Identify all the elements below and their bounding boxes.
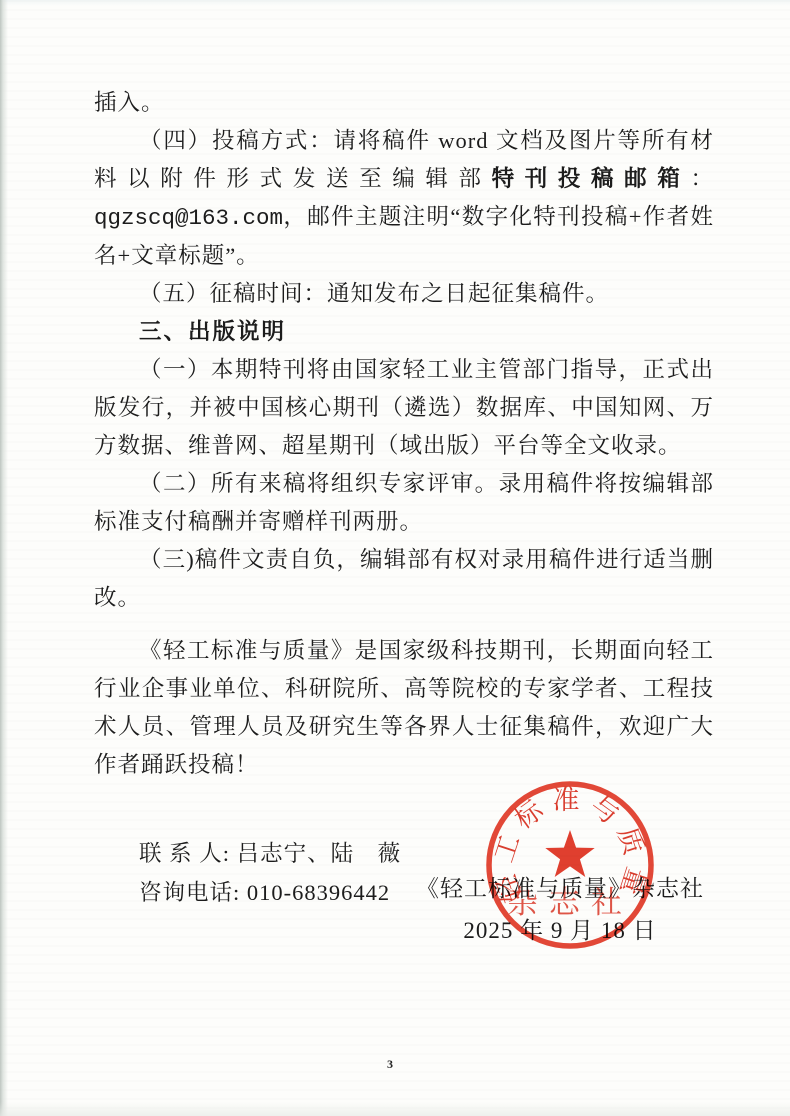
text-run: 特刊投稿邮箱 (492, 166, 691, 191)
scan-edge-bottom (0, 1102, 790, 1116)
text-run: （三)稿件文责自负，编辑部有权对录用稿件进行适当删改。 (94, 547, 714, 610)
para-pub-3: （三)稿件文责自负，编辑部有权对录用稿件进行适当删改。 (94, 541, 714, 617)
heading-publication-notes: 三、出版说明 (94, 313, 714, 351)
text-run: （一）本期特刊将由国家轻工业主管部门指导，正式出版发行，并被中国核心期刊（遴选）… (94, 357, 714, 458)
text-run: 《轻工标准与质量》是国家级科技期刊，长期面向轻工行业企事业单位、科研院所、高等院… (94, 638, 714, 777)
text-run: （二）所有来稿将组织专家评审。录用稿件将按编辑部标准支付稿酬并寄赠样刊两册。 (94, 471, 714, 534)
para-item-5: （五）征稿时间：通知发布之日起征集稿件。 (94, 275, 714, 313)
signature-organization: 《轻工标准与质量》杂志社 (400, 868, 720, 910)
para-continuation: 插入。 (94, 84, 714, 122)
page-number: 3 (0, 1057, 780, 1072)
signature-date: 2025 年 9 月 18 日 (400, 910, 720, 952)
para-item-4: （四）投稿方式：请将稿件 word 文档及图片等所有材料以附件形式发送至编辑部特… (94, 122, 714, 275)
para-closing: 《轻工标准与质量》是国家级科技期刊，长期面向轻工行业企事业单位、科研院所、高等院… (94, 632, 714, 784)
document-body: 插入。（四）投稿方式：请将稿件 word 文档及图片等所有材料以附件形式发送至编… (94, 84, 714, 912)
document-page: { "body": { "paragraphs": [ { "name": "p… (0, 0, 790, 1116)
text-run: 插入。 (94, 90, 165, 115)
text-run: 三、出版说明 (139, 319, 286, 344)
text-run: ： (690, 166, 714, 191)
scan-edge-left (0, 0, 8, 1116)
signature-block: 《轻工标准与质量》杂志社 2025 年 9 月 18 日 (400, 868, 720, 952)
paragraph-list: 插入。（四）投稿方式：请将稿件 word 文档及图片等所有材料以附件形式发送至编… (94, 84, 714, 784)
text-run: （五）征稿时间：通知发布之日起征集稿件。 (139, 281, 609, 306)
para-pub-1: （一）本期特刊将由国家轻工业主管部门指导，正式出版发行，并被中国核心期刊（遴选）… (94, 351, 714, 465)
para-pub-2: （二）所有来稿将组织专家评审。录用稿件将按编辑部标准支付稿酬并寄赠样刊两册。 (94, 465, 714, 541)
text-run: qgzscq@163.com (94, 205, 283, 231)
